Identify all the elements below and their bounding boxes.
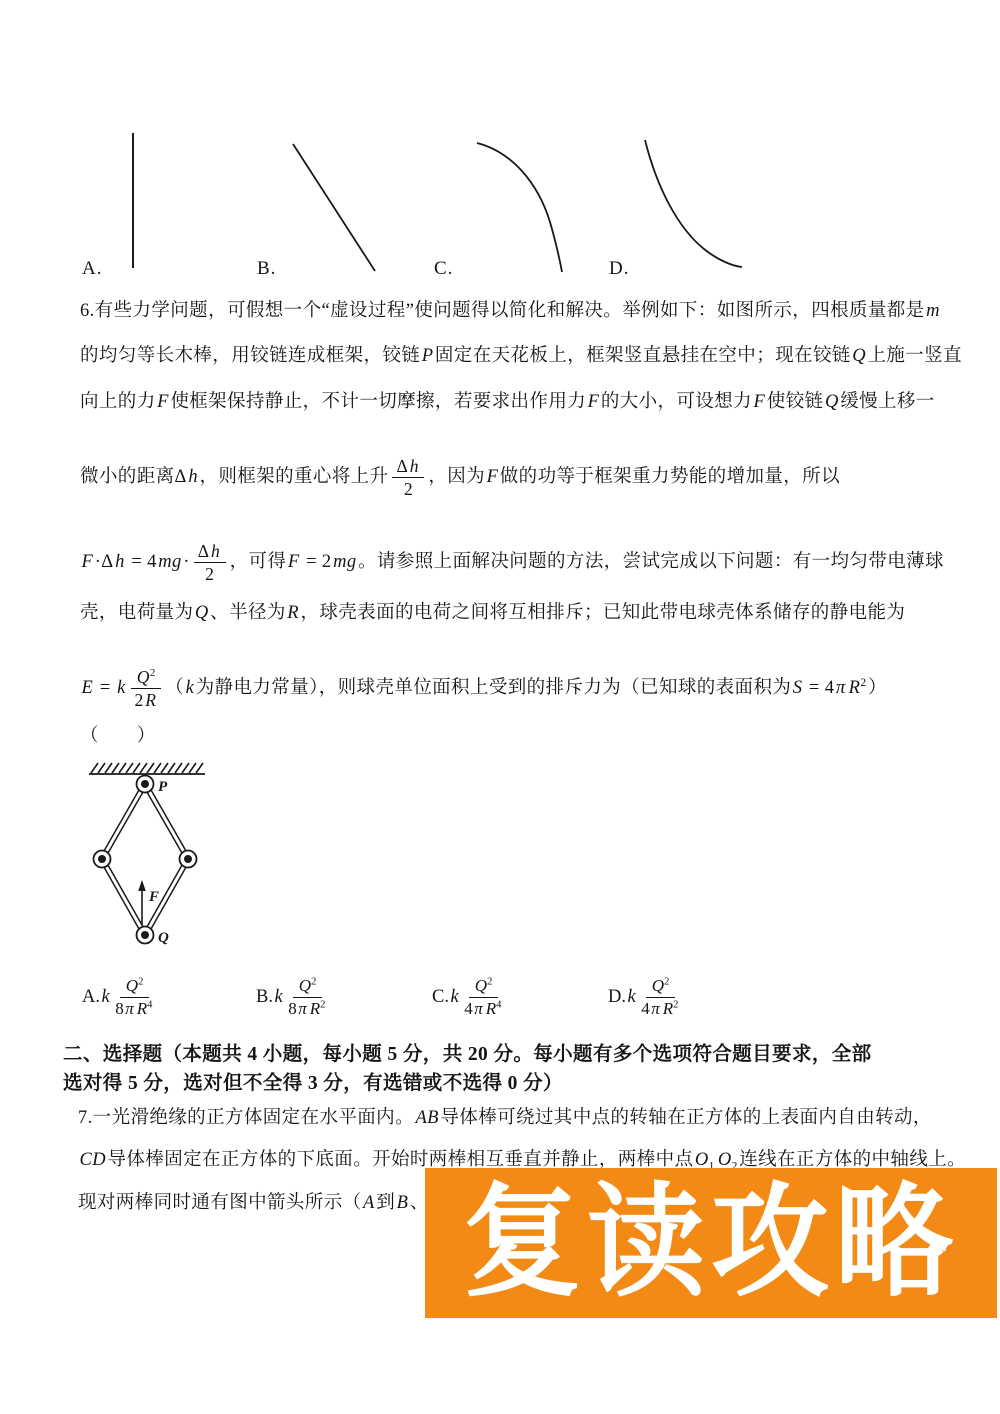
q6-text-line-4: 微小的距离Δh，则框架的重心将上升Δh2，因为F做的功等于框架重力势能的增加量，… [80,456,925,499]
q6-text-line-1: 6.有些力学问题，可假想一个“虚设过程”使问题得以简化和解决。举例如下：如图所示… [80,299,925,324]
q6-option-d: D.kQ24πR2 [608,965,684,1029]
curve-option-a-label: A. [82,258,102,280]
section2-header-line-2: 选对得 5 分，选对但不全得 3 分，有选错或不选得 0 分） [63,1069,933,1098]
q6-text-line-8: （ ） [80,724,925,749]
exam-page: A. B. C. D. 6.有些力学问题，可假想一个“虚设过程”使问题得以简化和… [0,0,1000,1414]
q6-option-c: C.kQ24πR4 [432,965,507,1029]
promo-banner: 复读攻略 [425,1168,997,1318]
curve-option-d-label: D. [609,258,629,280]
hinge-left [94,851,111,868]
curve-options-figure [0,0,1000,290]
q7-text-line-1: 7.一光滑绝缘的正方体固定在水平面内。AB导体棒可绕过其中点的转轴在正方体的上表… [78,1106,923,1131]
ceiling-hatch [89,763,205,774]
frame-diagram: P F Q [85,755,215,955]
hinge-p [137,776,154,793]
q6-text-line-5: F·Δh = 4mg·Δh2，可得F = 2mg。请参照上面解决问题的方法，尝试… [80,541,925,584]
hinge-q [137,927,154,944]
force-arrow [138,880,146,925]
curve-option-c-label: C. [434,258,453,280]
hinge-p-label: P [158,779,168,795]
curve-d-flattening-curve [645,140,742,267]
curve-c-steepening-curve [477,143,562,272]
q6-text-line-3: 向上的力F使框架保持静止，不计一切摩擦，若要求出作用力F的大小，可设想力F使铰链… [80,390,925,415]
q6-text-line-6: 壳，电荷量为Q、半径为R，球壳表面的电荷之间将互相排斥；已知此带电球壳体系储存的… [80,601,925,626]
frame-rods [102,784,188,935]
curve-option-b-label: B. [257,258,276,280]
hinge-q-label: Q [158,930,169,946]
promo-banner-text: 复读攻略 [463,1182,959,1305]
q6-text-line-7: E = kQ22R（k为静电力常量），则球壳单位面积上受到的排斥力为（已知球的表… [80,667,925,710]
curve-b-diagonal-line [293,144,375,271]
section2-header-line-1: 二、选择题（本题共 4 小题，每小题 5 分，共 20 分。每小题有多个选项符合… [63,1040,933,1069]
q6-option-a: A.kQ28πR4 [82,965,158,1029]
q6-text-line-2: 的均匀等长木棒，用铰链连成框架，铰链P固定在天花板上，框架竖直悬挂在空中；现在铰… [80,344,925,369]
q6-option-b: B.kQ28πR2 [256,965,331,1029]
force-f-label: F [148,889,159,905]
hinge-right [180,851,197,868]
hinges [94,776,197,944]
